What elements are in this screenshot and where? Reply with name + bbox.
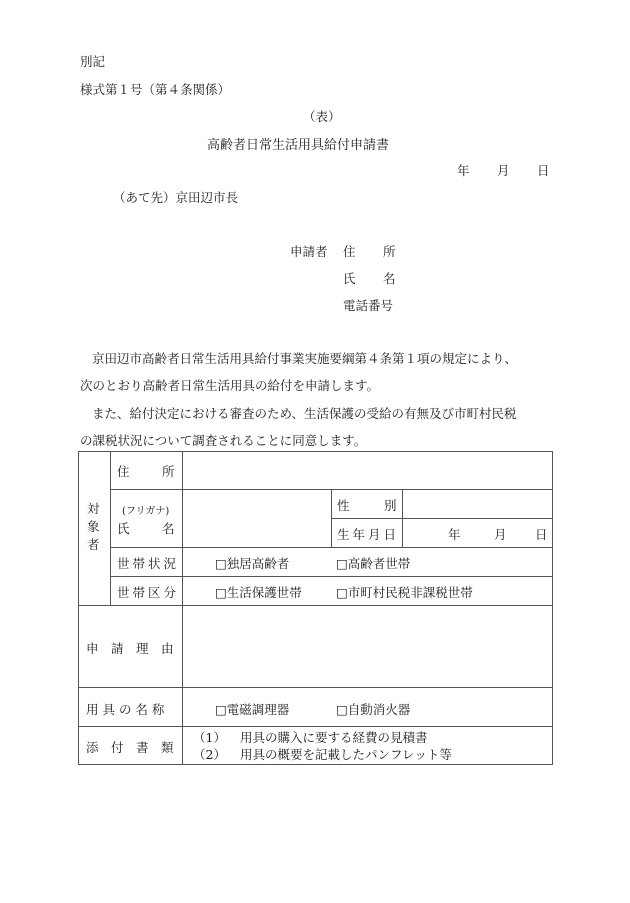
applicant-address-label-1: 住 bbox=[343, 242, 356, 260]
subject-char-2: 象 bbox=[87, 518, 100, 536]
household-class-option-welfare[interactable]: □生活保護世帯 bbox=[215, 583, 302, 601]
applicant-label: 申請者 bbox=[290, 242, 328, 260]
furigana-label: (フリガナ) bbox=[122, 502, 169, 517]
subject-address-label-1: 住 bbox=[117, 462, 130, 480]
sex-field[interactable] bbox=[403, 490, 552, 518]
household-status-option-single[interactable]: □独居高齢者 bbox=[215, 554, 289, 572]
paragraph-2-line-1: また、給付決定における審査のため、生活保護の受給の有無及び市町村民税 bbox=[92, 404, 517, 422]
reason-field[interactable] bbox=[183, 606, 552, 687]
subject-char-1: 対 bbox=[87, 500, 100, 518]
addressee: （あて先）京田辺市長 bbox=[113, 188, 238, 206]
equipment-label: 用 具 の 名 称 bbox=[86, 700, 164, 718]
subject-char-3: 者 bbox=[87, 536, 100, 554]
subject-name-label-2: 名 bbox=[162, 519, 175, 537]
paragraph-2-line-2: の課税状況について調査されることに同意します。 bbox=[80, 431, 366, 449]
applicant-name-label-1: 氏 bbox=[343, 269, 356, 287]
paragraph-1-line-1: 京田辺市高齢者日常生活用具給付事業実施要綱第４条第１項の規定により、 bbox=[92, 349, 517, 367]
household-class-label: 世帯区分 bbox=[117, 583, 179, 601]
subject-name-field[interactable] bbox=[183, 490, 331, 547]
reason-label: 申 請 理 由 bbox=[86, 639, 174, 657]
equipment-option-induction-cooker[interactable]: □電磁調理器 bbox=[215, 700, 289, 718]
subject-address-label-2: 所 bbox=[162, 462, 175, 480]
page-title: 高齢者日常生活用具給付申請書 bbox=[207, 134, 389, 153]
birthdate-month: 月 bbox=[494, 525, 507, 543]
attachment-2-num: （2） bbox=[193, 745, 226, 763]
date-month-label: 月 bbox=[497, 161, 510, 179]
date-year-label: 年 bbox=[457, 161, 470, 179]
sex-label-1: 性 bbox=[337, 496, 350, 514]
subject-label: 対 象 者 bbox=[87, 500, 100, 554]
birthdate-year: 年 bbox=[448, 525, 461, 543]
birthdate-day: 日 bbox=[535, 525, 548, 543]
household-status-option-elderly[interactable]: □高齢者世帯 bbox=[336, 554, 410, 572]
subject-address-field[interactable] bbox=[183, 452, 552, 489]
attachment-1-num: （1） bbox=[193, 728, 226, 746]
applicant-phone-label: 電話番号 bbox=[343, 296, 393, 314]
applicant-name-label-2: 名 bbox=[383, 269, 396, 287]
paragraph-1-line-2: 次のとおり高齢者日常生活用具の給付を申請します。 bbox=[80, 376, 379, 394]
birthdate-label: 生年月日 bbox=[337, 525, 399, 543]
form-side-label: （表） bbox=[303, 107, 341, 125]
attachment-1-text: 用具の購入に要する経費の見積書 bbox=[240, 728, 428, 746]
household-class-option-tax-exempt[interactable]: □市町村民税非課税世帯 bbox=[336, 583, 473, 601]
subject-name-label-1: 氏 bbox=[117, 519, 130, 537]
form-number: 様式第１号（第４条関係） bbox=[80, 80, 230, 98]
date-day-label: 日 bbox=[537, 161, 550, 179]
sex-label-2: 別 bbox=[384, 496, 397, 514]
equipment-option-auto-extinguisher[interactable]: □自動消火器 bbox=[336, 700, 410, 718]
attachment-2-text: 用具の概要を記載したパンフレット等 bbox=[240, 745, 452, 763]
attachments-label: 添 付 書 類 bbox=[86, 738, 174, 756]
betsuki-label: 別記 bbox=[80, 52, 105, 70]
applicant-address-label-2: 所 bbox=[383, 242, 396, 260]
household-status-label: 世帯状況 bbox=[117, 554, 179, 572]
